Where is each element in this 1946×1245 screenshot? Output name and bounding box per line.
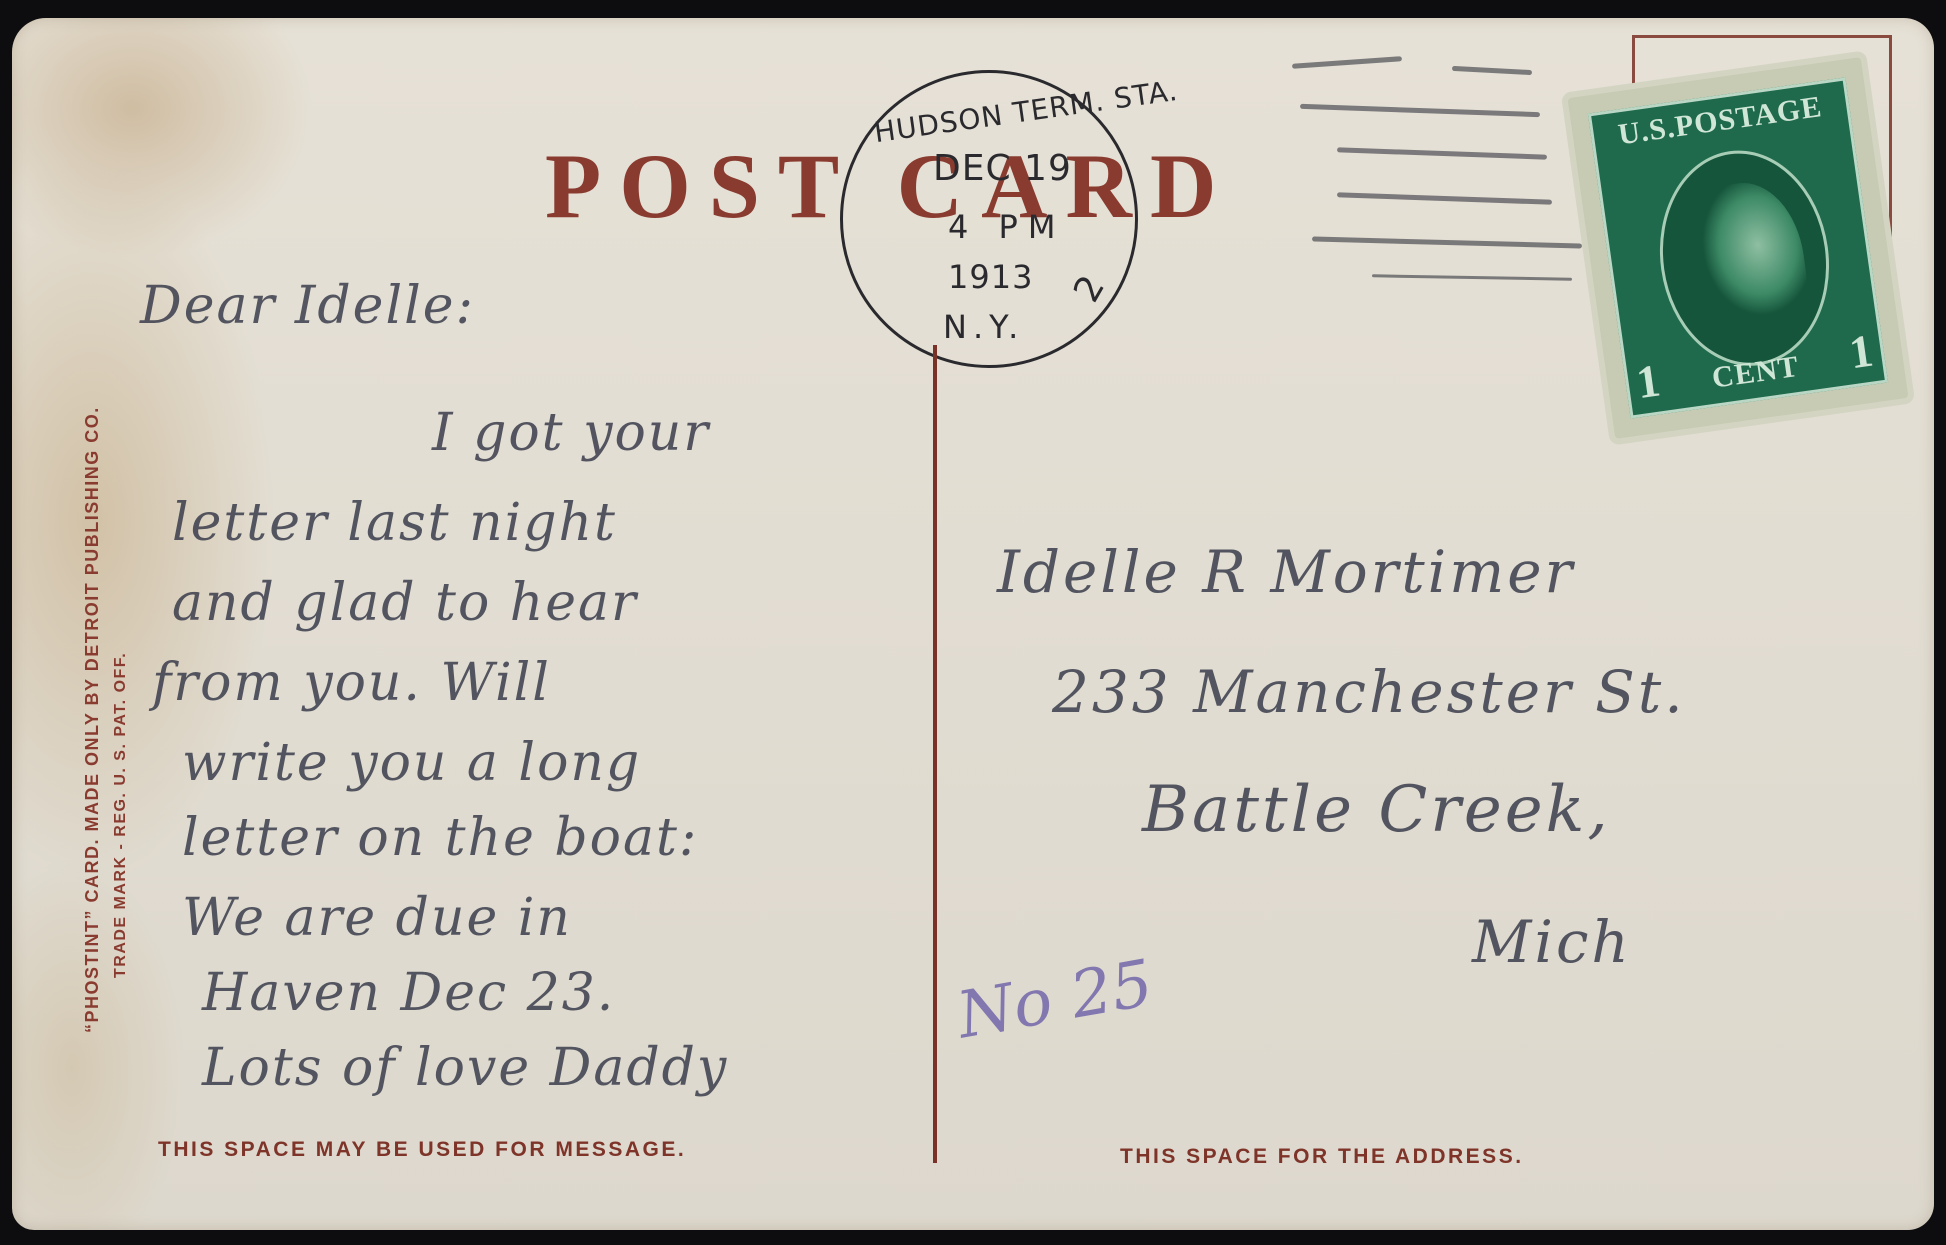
address-state: Mich (1472, 908, 1632, 976)
postcard: “PHOSTINT” CARD. MADE ONLY BY DETROIT PU… (12, 18, 1934, 1230)
postmark-date: DEC 19 (933, 148, 1072, 189)
postage-stamp: U.S.POSTAGE 1 CENT 1 (1568, 57, 1909, 439)
stamp-denomination: CENT (1710, 350, 1801, 396)
center-divider (933, 345, 937, 1163)
message-line: write you a long (182, 733, 641, 793)
postmark-time: 4 PM (948, 208, 1065, 246)
message-line: letter on the boat: (182, 808, 698, 868)
message-line: Dear Idelle: (140, 276, 475, 336)
postmark: HUDSON TERM. STA. DEC 19 4 PM 1913 N.Y. … (840, 70, 1138, 368)
address-street: 233 Manchester St. (1052, 658, 1686, 726)
message-space-label: THIS SPACE MAY BE USED FOR MESSAGE. (158, 1138, 686, 1162)
address-city: Battle Creek, (1142, 773, 1611, 847)
message-line: letter last night (172, 493, 617, 553)
stamp-value-right: 1 (1847, 327, 1876, 376)
trademark-imprint: TRADE MARK - REG. U. S. PAT. OFF. (112, 652, 130, 978)
message-line: and glad to hear (172, 573, 638, 633)
message-line: from you. Will (152, 653, 551, 713)
message-line: Haven Dec 23. (202, 963, 615, 1023)
message-line: We are due in (182, 888, 572, 948)
publisher-imprint: “PHOSTINT” CARD. MADE ONLY BY DETROIT PU… (82, 406, 103, 1033)
postmark-city: N.Y. (943, 308, 1024, 346)
message-line: I got your (432, 403, 710, 463)
address-name: Idelle R Mortimer (997, 538, 1575, 606)
postmark-station-number: 2 (1066, 268, 1113, 309)
stamp-value-left: 1 (1634, 357, 1663, 406)
stamp-face: U.S.POSTAGE 1 CENT 1 (1588, 77, 1888, 418)
address-space-label: THIS SPACE FOR THE ADDRESS. (1120, 1145, 1524, 1169)
postmark-year: 1913 (948, 258, 1033, 296)
message-line: Lots of love Daddy (202, 1038, 728, 1098)
pencil-annotation: No 25 (952, 947, 1158, 1054)
